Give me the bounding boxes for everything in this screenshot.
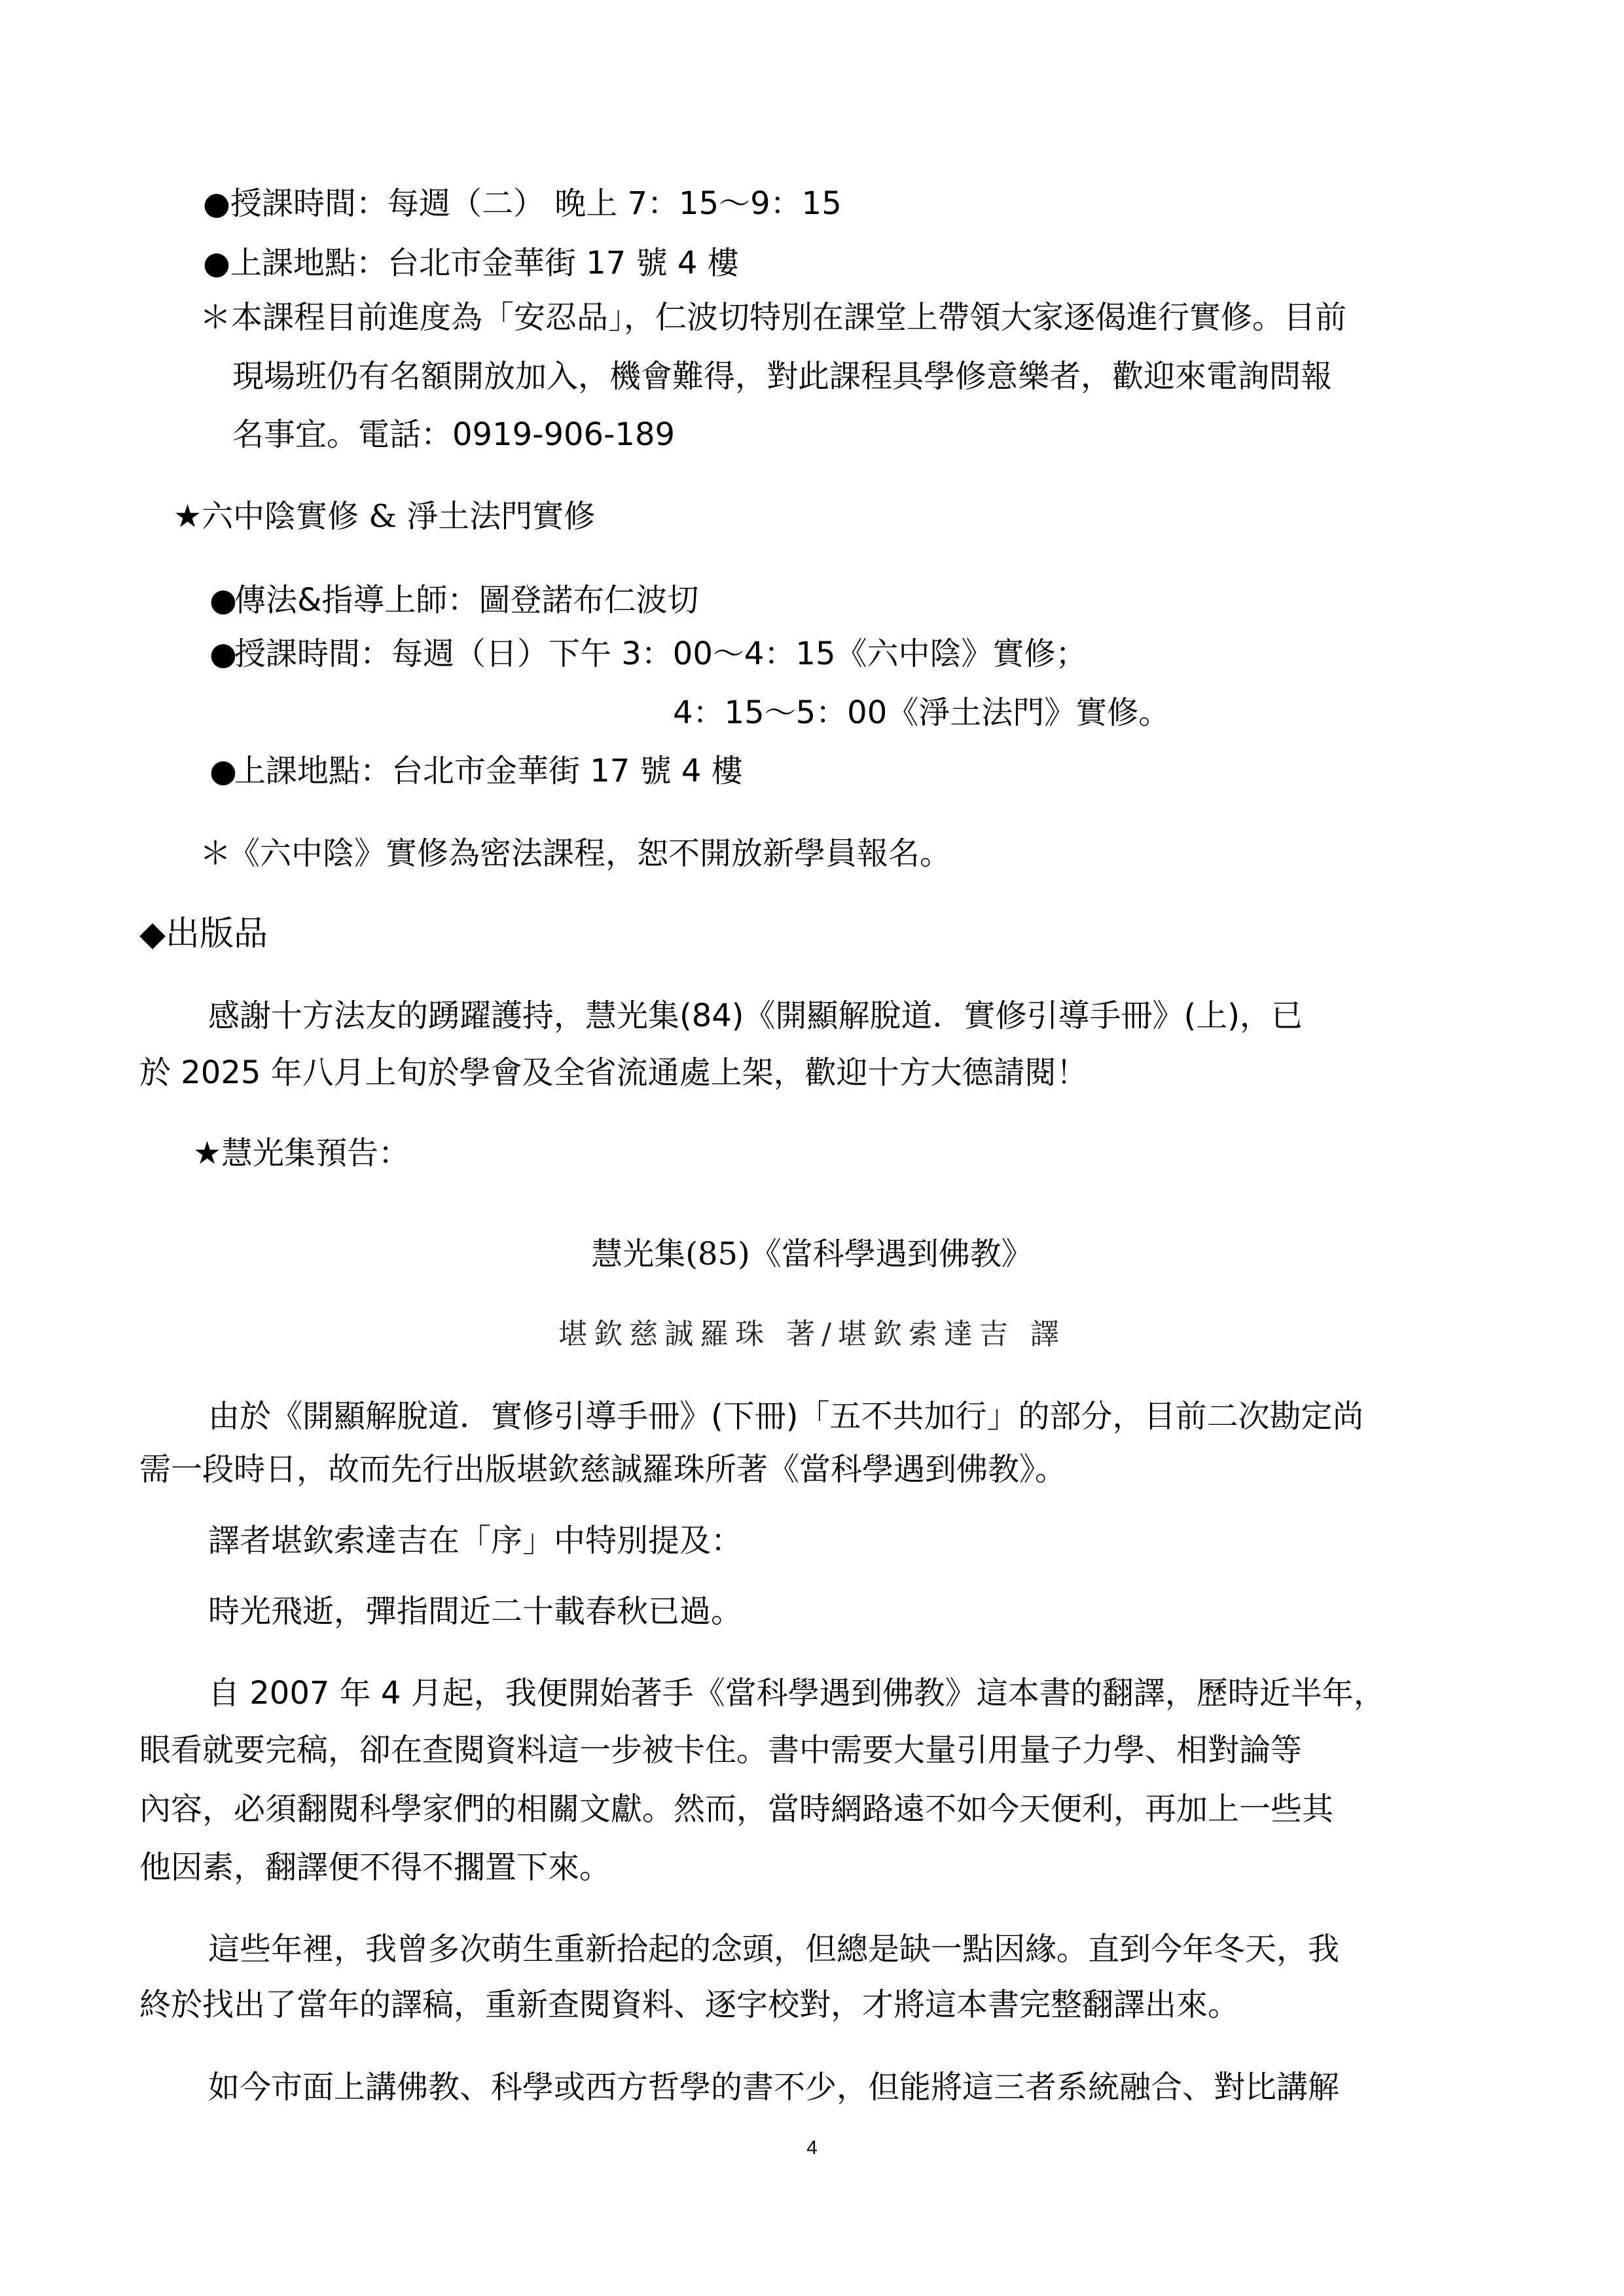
paragraph-line: 內容，必須翻閱科學家們的相關文獻。然而，當時網路遠不如今天便利，再加上一些其 bbox=[139, 1789, 1333, 1829]
asterisk-icon: ＊ bbox=[200, 834, 228, 873]
book-name: 《當科學遇到佛教》 bbox=[750, 1236, 1033, 1272]
list-item-class-location: ●上課地點：台北市金華街 17 號 4 樓 bbox=[203, 243, 739, 283]
paragraph-line: 如今市面上講佛教、科學或西方哲學的書不少，但能將這三者系統融合、對比講解 bbox=[208, 2068, 1339, 2107]
list-item-class-time: ●授課時間：每週（二） 晚上 7：15～9：15 bbox=[203, 184, 842, 223]
list-item-bardo-time: ●授課時間：每週（日）下午 3：00～4：15《六中陰》實修； bbox=[209, 634, 1087, 673]
page-number: 4 bbox=[0, 2136, 1624, 2160]
bardo-note: ＊《六中陰》實修為密法課程，恕不開放新學員報名。 bbox=[200, 834, 951, 873]
book-title: 慧光集(85)《當科學遇到佛教》 bbox=[0, 1234, 1624, 1274]
bardo-location-text: 上課地點：台北市金華街 17 號 4 樓 bbox=[234, 753, 743, 789]
preview-heading: ★慧光集預告： bbox=[193, 1134, 410, 1173]
preview-label: 慧光集預告： bbox=[221, 1135, 410, 1172]
publications-intro-line-2: 於 2025 年八月上旬於學會及全省流通處上架，歡迎十方大德請閱！ bbox=[139, 1053, 1088, 1092]
section-heading-text: 六中陰實修 & 淨土法門實修 bbox=[202, 498, 595, 535]
star-icon: ★ bbox=[193, 1134, 221, 1173]
course-note-line-2: 現場班仍有名額開放加入，機會難得，對此課程具學修意樂者，歡迎來電詢問報 bbox=[232, 357, 1332, 396]
list-item-bardo-location: ●上課地點：台北市金華街 17 號 4 樓 bbox=[209, 751, 743, 791]
paragraph-line: 自 2007 年 4 月起，我便開始著手《當科學遇到佛教》這本書的翻譯，歷時近半… bbox=[208, 1674, 1385, 1713]
course-note-line-3: 名事宜。電話：0919-906-189 bbox=[232, 415, 675, 454]
pureland-time-text: 4：15～5：00《淨土法門》實修。 bbox=[673, 693, 1170, 732]
document-page: ●授課時間：每週（二） 晚上 7：15～9：15 ●上課地點：台北市金華街 17… bbox=[0, 0, 1624, 2296]
star-icon: ★ bbox=[173, 497, 202, 536]
list-item-teacher: ●傳法&指導上師：圖登諾布仁波切 bbox=[209, 581, 698, 620]
paragraph-line: 眼看就要完稿，卻在查閱資料這一步被卡住。書中需要大量引用量子力學、相對論等 bbox=[139, 1731, 1302, 1770]
bullet-icon: ● bbox=[203, 184, 230, 223]
book-byline: 堪欽慈誠羅珠 著/堪欽索達吉 譯 bbox=[0, 1315, 1624, 1354]
bullet-icon: ● bbox=[209, 581, 234, 620]
section-heading-publications: ◆出版品 bbox=[139, 913, 268, 955]
bullet-icon: ● bbox=[209, 751, 234, 791]
book-series: 慧光集(85) bbox=[591, 1236, 750, 1272]
paragraph-line: 他因素，翻譯便不得不擱置下來。 bbox=[139, 1848, 611, 1887]
publications-intro-line-1: 感謝十方法友的踴躍護持，慧光集(84)《開顯解脫道．實修引導手冊》(上)，已 bbox=[208, 996, 1303, 1035]
paragraph-line: 這些年裡，我曾多次萌生重新拾起的念頭，但總是缺一點因緣。直到今年冬天，我 bbox=[208, 1929, 1339, 1969]
bullet-icon: ● bbox=[209, 634, 234, 673]
course-note: ＊本課程目前進度為「安忍品」，仁波切特別在課堂上帶領大家逐偈進行實修。目前 bbox=[200, 298, 1346, 337]
bullet-icon: ● bbox=[203, 243, 230, 283]
paragraph-line: 由於《開顯解脫道．實修引導手冊》(下冊)「五不共加行」的部分，目前二次勘定尚 bbox=[208, 1397, 1363, 1436]
diamond-icon: ◆ bbox=[139, 913, 166, 955]
bardo-note-text: 《六中陰》實修為密法課程，恕不開放新學員報名。 bbox=[228, 835, 951, 872]
publications-heading-text: 出版品 bbox=[166, 914, 268, 954]
teacher-text: 傳法&指導上師：圖登諾布仁波切 bbox=[234, 582, 698, 619]
paragraph-line: 時光飛逝，彈指間近二十載春秋已過。 bbox=[208, 1592, 742, 1631]
paragraph-line: 終於找出了當年的譯稿，重新查閱資料、逐字校對，才將這本書完整翻譯出來。 bbox=[139, 1985, 1239, 2024]
course-note-line-1: 本課程目前進度為「安忍品」，仁波切特別在課堂上帶領大家逐偈進行實修。目前 bbox=[231, 299, 1346, 336]
asterisk-icon: ＊ bbox=[200, 298, 231, 337]
bardo-time-text: 授課時間：每週（日）下午 3：00～4：15《六中陰》實修； bbox=[234, 636, 1087, 672]
paragraph-line: 譯者堪欽索達吉在「序」中特別提及： bbox=[208, 1521, 742, 1560]
class-time-text: 授課時間：每週（二） 晚上 7：15～9：15 bbox=[230, 185, 842, 222]
paragraph-line: 需一段時日，故而先行出版堪欽慈誠羅珠所著《當科學遇到佛教》。 bbox=[139, 1450, 1066, 1489]
class-location-text: 上課地點：台北市金華街 17 號 4 樓 bbox=[230, 245, 739, 281]
section-heading-bardo: ★六中陰實修 & 淨土法門實修 bbox=[173, 497, 595, 536]
